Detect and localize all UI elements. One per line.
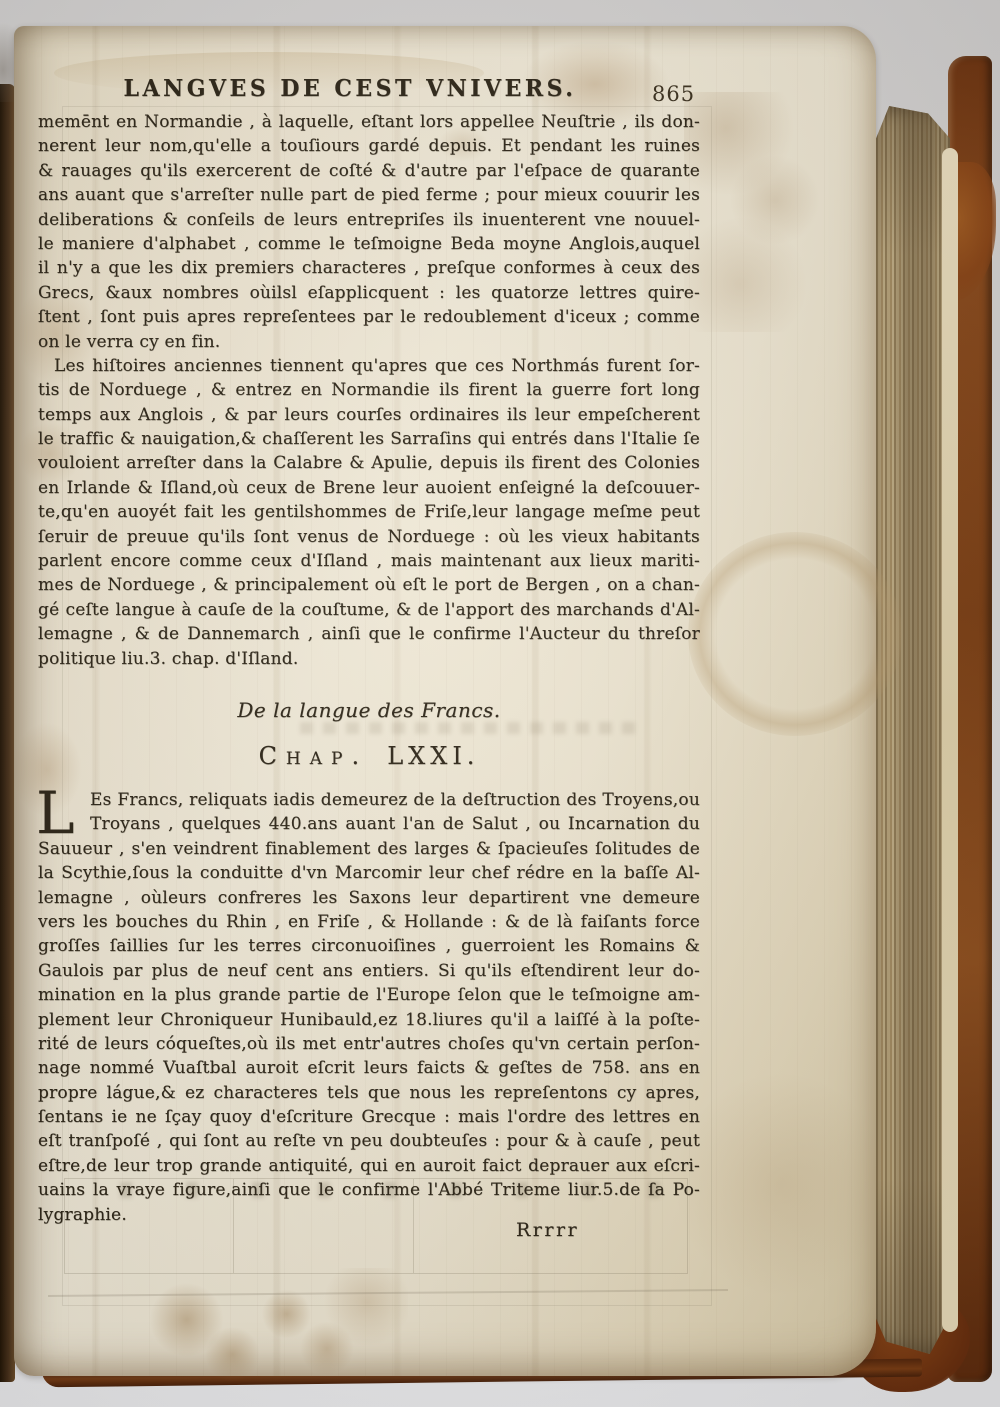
text-line: rité de leurs cóqueſtes,où ils met entr'…	[38, 1032, 700, 1056]
text-line: groſſes ſaillies ſur les terres circonuo…	[38, 934, 700, 958]
paragraph-1: memēnt en Normandie , à laquelle, eſtant…	[38, 110, 700, 354]
text-line: ſtent , ſont puis apres repreſentees par…	[38, 305, 700, 329]
text-line: eſtre,de leur trop grande antiquité, qui…	[38, 1154, 700, 1178]
text-line: Gaulois par plus de neuf cent ans entier…	[38, 959, 700, 983]
text-line: Les hiſtoires anciennes tiennent qu'apre…	[38, 354, 700, 378]
section-subtitle: De la langue des Francs.	[38, 698, 700, 724]
text-line: plement leur Chroniqueur Hunibauld,ez 18…	[38, 1008, 700, 1032]
text-line: le traffic & nauigation,& chaſſerent les…	[38, 427, 700, 451]
text-line: tis de Norduege , & entrez en Normandie …	[38, 378, 700, 402]
text-line: Troyans , quelques 440.ans auant l'an de…	[38, 812, 700, 836]
text-line: te,qu'en auoyét fait les gentilshommes d…	[38, 500, 700, 524]
text-line: vouloient arreſter dans la Calabre & Apu…	[38, 451, 700, 475]
paragraph-3: L Es Francs, reliquats iadis demeurez de…	[38, 788, 700, 1227]
text-block-fore-edge	[872, 106, 950, 1354]
text-line: lemagne , & de Dannemarch , ainſi que le…	[38, 622, 700, 646]
text-line: ſentans ie ne ſçay quoy d'eſcriture Grec…	[38, 1105, 700, 1129]
text-flow: LANGVES DE CEST VNIVERS. memēnt en Norma…	[38, 76, 700, 1245]
text-line: memēnt en Normandie , à laquelle, eſtant…	[38, 110, 700, 134]
text-line: le maniere d'alphabet , comme le teſmoig…	[38, 232, 700, 256]
paragraph-2: Les hiſtoires anciennes tiennent qu'apre…	[38, 354, 700, 671]
text-line: gé ceſte langue à cauſe de la couſtume, …	[38, 598, 700, 622]
binding-gutter	[0, 84, 15, 1382]
paragraph-1-lines: memēnt en Normandie , à laquelle, eſtant…	[38, 110, 700, 354]
chapter-heading: Chap. LXXI.	[38, 742, 700, 772]
text-line: parlent encore comme ceux d'Iſland , mai…	[38, 549, 700, 573]
chapter-word: Chap.	[259, 742, 369, 770]
text-line: eſt tranſpoſé , qui ſont au reſte vn peu…	[38, 1129, 700, 1153]
paragraph-3-lines: Es Francs, reliquats iadis demeurez de l…	[38, 788, 700, 1227]
text-line: on le verra cy en fin.	[38, 330, 700, 354]
text-line: lemagne , oùleurs confreres les Saxons l…	[38, 886, 700, 910]
text-line: la Scythie,ſous la conduitte d'vn Marcom…	[38, 861, 700, 885]
text-line: il n'y a que les dix premiers charactere…	[38, 256, 700, 280]
running-head-title: LANGVES DE CEST VNIVERS.	[38, 75, 700, 110]
chapter-numeral: LXXI.	[387, 742, 479, 770]
text-line: politique liu.3. chap. d'Iſland.	[38, 647, 700, 671]
text-line: Grecs, &aux nombres oùilsl eſapplicquent…	[38, 281, 700, 305]
paragraph-2-lines: Les hiſtoires anciennes tiennent qu'apre…	[38, 354, 700, 671]
text-line: nage nommé Vuaſtbal auroit eſcrit leurs …	[38, 1056, 700, 1080]
text-line: Sauueur , s'en veindrent finablement des…	[38, 837, 700, 861]
book-photo: 865 LANGVES DE CEST VNIVERS. memēnt en N…	[0, 0, 1000, 1407]
text-line: en Irlande & Iſland,où ceux de Brene leu…	[38, 476, 700, 500]
text-line: mination en la plus grande partie de l'E…	[38, 983, 700, 1007]
catchword: Rrrrr	[516, 1219, 579, 1241]
text-column: LANGVES DE CEST VNIVERS. memēnt en Norma…	[38, 76, 700, 1245]
text-line: propre lágue,& ez characteres tels que n…	[38, 1081, 700, 1105]
text-line: temps aux Anglois , & par leurs courſes …	[38, 403, 700, 427]
text-line: Es Francs, reliquats iadis demeurez de l…	[38, 788, 700, 812]
text-line: ans auant que s'arreſter nulle part de p…	[38, 183, 700, 207]
text-line: vers les bouches du Rhin , en Friſe , & …	[38, 910, 700, 934]
text-line: deliberations & conſeils de leurs entrep…	[38, 208, 700, 232]
fore-edge-shading	[872, 106, 950, 1354]
endpaper-edge	[942, 148, 958, 1332]
text-line: nerent leur nom,qu'elle a touſiours gard…	[38, 134, 700, 158]
text-line: uains la vraye figure,ainſi que le confi…	[38, 1178, 700, 1202]
text-line: ſeruir de preuue qu'ils ſont venus de No…	[38, 525, 700, 549]
catchword-row: Rrrrr	[38, 1219, 700, 1245]
text-line: & rauages qu'ils exercerent de coſté & d…	[38, 159, 700, 183]
text-line: mes de Norduege , & principalement où eſ…	[38, 573, 700, 597]
